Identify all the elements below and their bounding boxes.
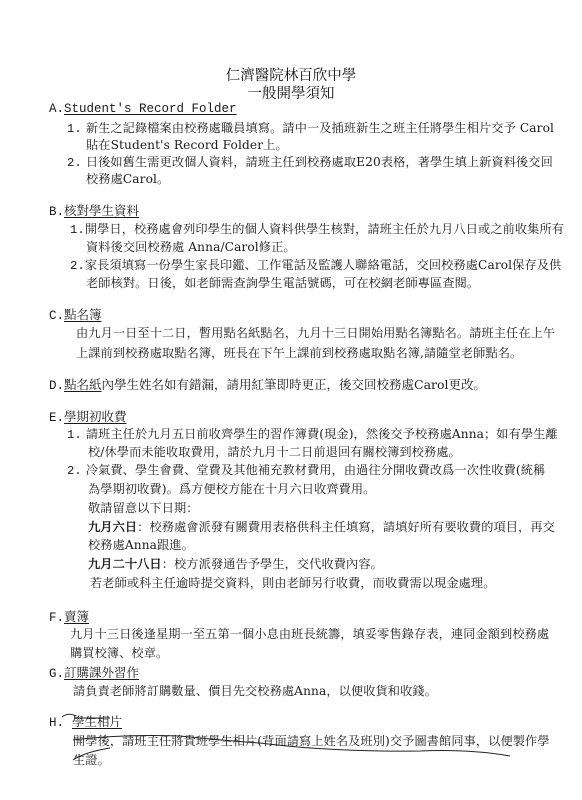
section-e-date-2: 九月二十八日：校方派發通告予學生，交代收費內容。 <box>88 555 383 572</box>
section-f-line-1: 九月十三日後逢星期一至五第一個小息由班長統籌，填妥零售錄存表，連同金額到校務處 <box>70 625 549 642</box>
section-e-item-2-cont: 為學期初收費)。爲方便校方能在十月六日收齊費用。 <box>88 480 375 497</box>
section-h-line-1: 開學後，請班主任將貴班學生相片(背面請寫上姓名及班別)交予圖書館同事，以便製作學 <box>73 732 550 749</box>
section-b-item-1: 1.開學日，校務處會列印學生的個人資料供學生核對，請班主任於九月八日或之前收集所… <box>70 220 564 237</box>
section-g-heading: G.訂購課外習作 <box>49 663 139 681</box>
section-g-line-1: 請負責老師將訂購數量、價目先交校務處Anna，以便收貨和收錢。 <box>73 682 437 699</box>
section-c-line-1: 由九月一日至十二日，暫用點名紙點名，九月十三日開始用點名簿點名。請班主任在上午 <box>76 324 555 341</box>
section-b-item-2-cont: 老師核對。日後，如老師需查詢學生電話號碼，可在校網老師專區查閱。 <box>86 274 479 291</box>
section-a-item-1: 1. 新生之記錄檔案由校務處職員填寫。請中一及插班新生之班主任將學生相片交予 C… <box>67 119 554 136</box>
section-a-item-1-cont: 貼在Student's Record Folder上。 <box>86 136 288 153</box>
section-e-notice: 敬請留意以下日期： <box>88 499 199 516</box>
section-e-item-2: 2. 冷氣費、學生會費、堂費及其他補充教材費用，由過往分開收費改爲一次性收費(統… <box>67 461 545 478</box>
section-f-heading: F.賣簿 <box>49 607 89 625</box>
section-a-item-2-cont: 校務處Carol。 <box>86 170 169 187</box>
section-h-heading: H. 學生相片 <box>49 712 122 730</box>
section-e-date-1-cont: 校務處Anna跟進。 <box>88 536 194 553</box>
section-d-title: 點名紙 <box>64 377 102 392</box>
section-h-line-2: 生證。 <box>73 751 110 768</box>
section-g-title: 訂購課外習作 <box>64 665 139 680</box>
section-d-heading: D.點名紙內學生姓名如有錯漏，請用紅筆即時更正，後交回校務處Carol更改。 <box>49 375 486 393</box>
section-b-item-1-cont: 資料後交回校務處 Anna/Carol修正。 <box>86 238 296 255</box>
section-b-heading: B.核對學生資料 <box>49 201 139 219</box>
section-a-title: Student's Record Folder <box>64 102 237 116</box>
section-h-title: 學生相片 <box>72 714 122 729</box>
section-b-title: 核對學生資料 <box>64 203 139 218</box>
section-b-item-2: 2.家長須填寫一份學生家長印鑑、工作電話及監護人聯絡電話，交回校務處Carol保… <box>70 256 561 273</box>
section-f-line-2: 購買校簿、校章。 <box>70 644 168 661</box>
section-d-text: 內學生姓名如有錯漏，請用紅筆即時更正，後交回校務處Carol更改。 <box>102 377 487 392</box>
section-e-date-1: 九月六日：校務處會派發有關費用表格供科主任填寫，請填好所有要收費的項目，再交 <box>88 518 555 535</box>
section-f-title: 賣簿 <box>64 609 89 624</box>
section-a-item-2: 2. 日後如舊生需更改個人資料，請班主任到校務處取E20表格，著學生填上新資料後… <box>67 153 553 170</box>
section-c-line-2: 上課前到校務處取點名簿，班長在下午上課前到校務處取點名簿,請隨堂老師點名。 <box>76 344 522 361</box>
section-e-item-1: 1. 請班主任於九月五日前收齊學生的習作簿費(現金)，然後交予校務處Anna；如… <box>67 425 558 442</box>
section-e-late-note: 若老師或科主任逾時提交資料，則由老師另行收費，而收費需以現金處理。 <box>90 574 496 591</box>
section-a-heading: A.Student's Record Folder <box>49 100 237 116</box>
section-e-title: 學期初收費 <box>64 409 127 424</box>
section-c-title: 點名簿 <box>64 307 102 322</box>
section-e-heading: E.學期初收費 <box>49 407 127 425</box>
section-e-item-1-cont: 校/休學而未能收取費用，請於九月十二日前退回有關校簿到校務處。 <box>88 443 461 460</box>
section-c-heading: C.點名簿 <box>49 305 102 323</box>
